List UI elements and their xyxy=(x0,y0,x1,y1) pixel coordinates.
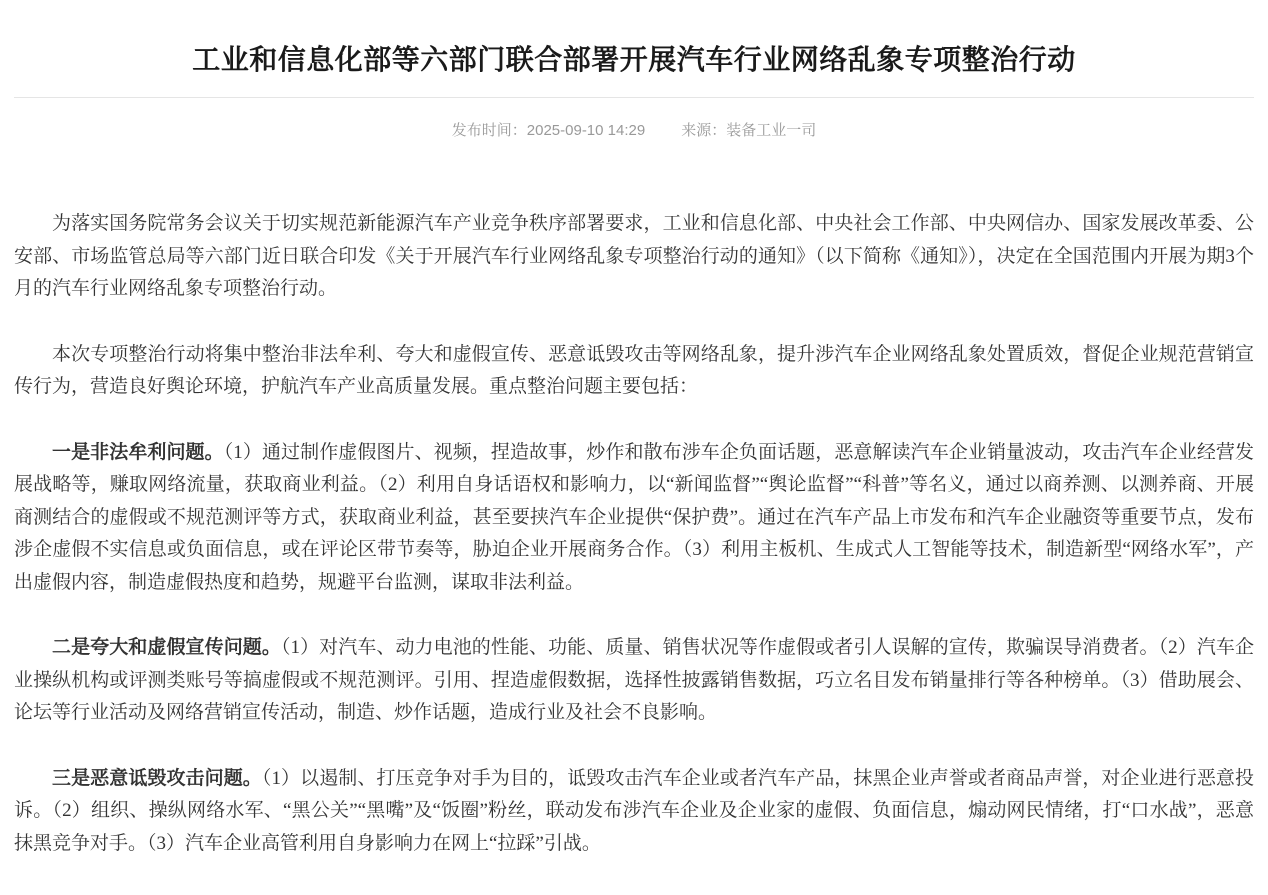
page-title: 工业和信息化部等六部门联合部署开展汽车行业网络乱象专项整治行动 xyxy=(14,0,1254,78)
publish-time-label: 发布时间： xyxy=(452,122,527,139)
source-label: 来源： xyxy=(681,122,726,139)
article-body: 为落实国务院常务会议关于切实规范新能源汽车产业竞争秩序部署要求，工业和信息化部、… xyxy=(14,208,1254,860)
publish-time-value: 2025-09-10 14:29 xyxy=(527,122,645,139)
paragraph-lead: 一是非法牟利问题。 xyxy=(52,442,224,463)
article-meta: 发布时间：2025-09-10 14:29来源：装备工业一司 xyxy=(14,122,1254,140)
paragraph-lead: 二是夸大和虚假宣传问题。 xyxy=(52,637,281,658)
paragraph-lead: 三是恶意诋毁攻击问题。 xyxy=(52,768,262,789)
paragraph: 本次专项整治行动将集中整治非法牟利、夸大和虚假宣传、恶意诋毁攻击等网络乱象，提升… xyxy=(14,339,1254,404)
paragraph: 为落实国务院常务会议关于切实规范新能源汽车产业竞争秩序部署要求，工业和信息化部、… xyxy=(14,208,1254,306)
paragraph: 二是夸大和虚假宣传问题。（1）对汽车、动力电池的性能、功能、质量、销售状况等作虚… xyxy=(14,632,1254,730)
title-divider xyxy=(14,97,1254,98)
paragraph-text: 本次专项整治行动将集中整治非法牟利、夸大和虚假宣传、恶意诋毁攻击等网络乱象，提升… xyxy=(14,344,1254,398)
article-page: 工业和信息化部等六部门联合部署开展汽车行业网络乱象专项整治行动 发布时间：202… xyxy=(0,0,1268,895)
paragraph-text: 为落实国务院常务会议关于切实规范新能源汽车产业竞争秩序部署要求，工业和信息化部、… xyxy=(14,213,1254,299)
paragraph: 一是非法牟利问题。（1）通过制作虚假图片、视频，捏造故事，炒作和散布涉车企负面话… xyxy=(14,437,1254,600)
paragraph-text: （1）通过制作虚假图片、视频，捏造故事，炒作和散布涉车企负面话题，恶意解读汽车企… xyxy=(14,442,1254,593)
source-value: 装备工业一司 xyxy=(726,122,816,139)
paragraph: 三是恶意诋毁攻击问题。（1）以遏制、打压竞争对手为目的，诋毁攻击汽车企业或者汽车… xyxy=(14,763,1254,861)
